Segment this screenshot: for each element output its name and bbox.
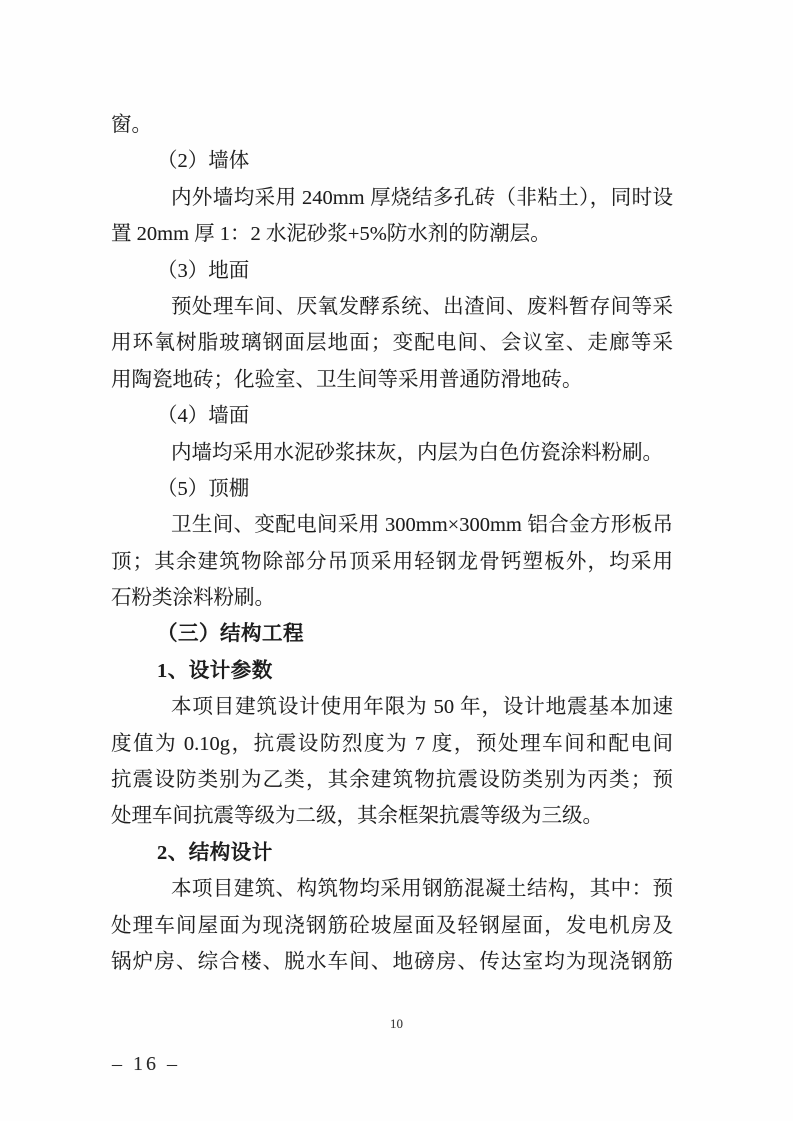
text-line: 本项目建筑设计使用年限为 50 年，设计地震基本加速 bbox=[111, 689, 673, 725]
subheading: （3）地面 bbox=[111, 253, 673, 289]
text-line: 抗震设防类别为乙类，其余建筑物抗震设防类别为丙类；预 bbox=[111, 762, 673, 798]
text-line: 石粉类涂料粉刷。 bbox=[111, 580, 673, 616]
subheading: （4）墙面 bbox=[111, 398, 673, 434]
text-line: 内外墙均采用 240mm 厚烧结多孔砖（非粘土），同时设 bbox=[111, 180, 673, 216]
document-page: 窗。（2）墙体内外墙均采用 240mm 厚烧结多孔砖（非粘土），同时设置 20m… bbox=[0, 0, 793, 1121]
text-line: （5）顶棚 bbox=[111, 471, 673, 507]
text-line: 度值为 0.10g，抗震设防烈度为 7 度，预处理车间和配电间 bbox=[111, 726, 673, 762]
numbered-heading: 1、设计参数 bbox=[111, 653, 673, 689]
paragraph: 预处理车间、厌氧发酵系统、出渣间、废料暂存间等采用环氧树脂玻璃钢面层地面；变配电… bbox=[111, 289, 673, 398]
numbered-heading: 2、结构设计 bbox=[111, 835, 673, 871]
text-line: （4）墙面 bbox=[111, 398, 673, 434]
subheading: （2）墙体 bbox=[111, 143, 673, 179]
text-line: （3）地面 bbox=[111, 253, 673, 289]
text-line: 窗。 bbox=[111, 107, 673, 143]
text-line: 用陶瓷地砖；化验室、卫生间等采用普通防滑地砖。 bbox=[111, 362, 673, 398]
page-number-center: 10 bbox=[0, 1016, 793, 1032]
text-line: 本项目建筑、构筑物均采用钢筋混凝土结构，其中：预 bbox=[111, 871, 673, 907]
paragraph: 内墙均采用水泥砂浆抹灰，内层为白色仿瓷涂料粉刷。 bbox=[111, 435, 673, 471]
text-line: 处理车间抗震等级为二级，其余框架抗震等级为三级。 bbox=[111, 798, 673, 834]
text-line: 顶；其余建筑物除部分吊顶采用轻钢龙骨钙塑板外，均采用 bbox=[111, 544, 673, 580]
text-line: 2、结构设计 bbox=[111, 835, 673, 871]
subheading: （5）顶棚 bbox=[111, 471, 673, 507]
document-body: 窗。（2）墙体内外墙均采用 240mm 厚烧结多孔砖（非粘土），同时设置 20m… bbox=[111, 107, 673, 980]
text-line: 处理车间屋面为现浇钢筋砼坡屋面及轻钢屋面，发电机房及 bbox=[111, 908, 673, 944]
text-line: 卫生间、变配电间采用 300mm×300mm 铝合金方形板吊 bbox=[111, 507, 673, 543]
paragraph: 卫生间、变配电间采用 300mm×300mm 铝合金方形板吊顶；其余建筑物除部分… bbox=[111, 507, 673, 616]
text-line: 置 20mm 厚 1：2 水泥砂浆+5%防水剂的防潮层。 bbox=[111, 216, 673, 252]
paragraph: 内外墙均采用 240mm 厚烧结多孔砖（非粘土），同时设置 20mm 厚 1：2… bbox=[111, 180, 673, 253]
text-line: （2）墙体 bbox=[111, 143, 673, 179]
text-line: （三）结构工程 bbox=[111, 616, 673, 652]
paragraph: 本项目建筑、构筑物均采用钢筋混凝土结构，其中：预处理车间屋面为现浇钢筋砼坡屋面及… bbox=[111, 871, 673, 980]
text-line: 锅炉房、综合楼、脱水车间、地磅房、传达室均为现浇钢筋 bbox=[111, 944, 673, 980]
text-line: 1、设计参数 bbox=[111, 653, 673, 689]
section-heading: （三）结构工程 bbox=[111, 616, 673, 652]
paragraph: 本项目建筑设计使用年限为 50 年，设计地震基本加速度值为 0.10g，抗震设防… bbox=[111, 689, 673, 835]
page-number-footer: – 16 – bbox=[112, 1053, 180, 1076]
text-line: 内墙均采用水泥砂浆抹灰，内层为白色仿瓷涂料粉刷。 bbox=[111, 435, 673, 471]
text-line: 预处理车间、厌氧发酵系统、出渣间、废料暂存间等采 bbox=[111, 289, 673, 325]
text-line: 用环氧树脂玻璃钢面层地面；变配电间、会议室、走廊等采 bbox=[111, 325, 673, 361]
continuation-text: 窗。 bbox=[111, 107, 673, 143]
